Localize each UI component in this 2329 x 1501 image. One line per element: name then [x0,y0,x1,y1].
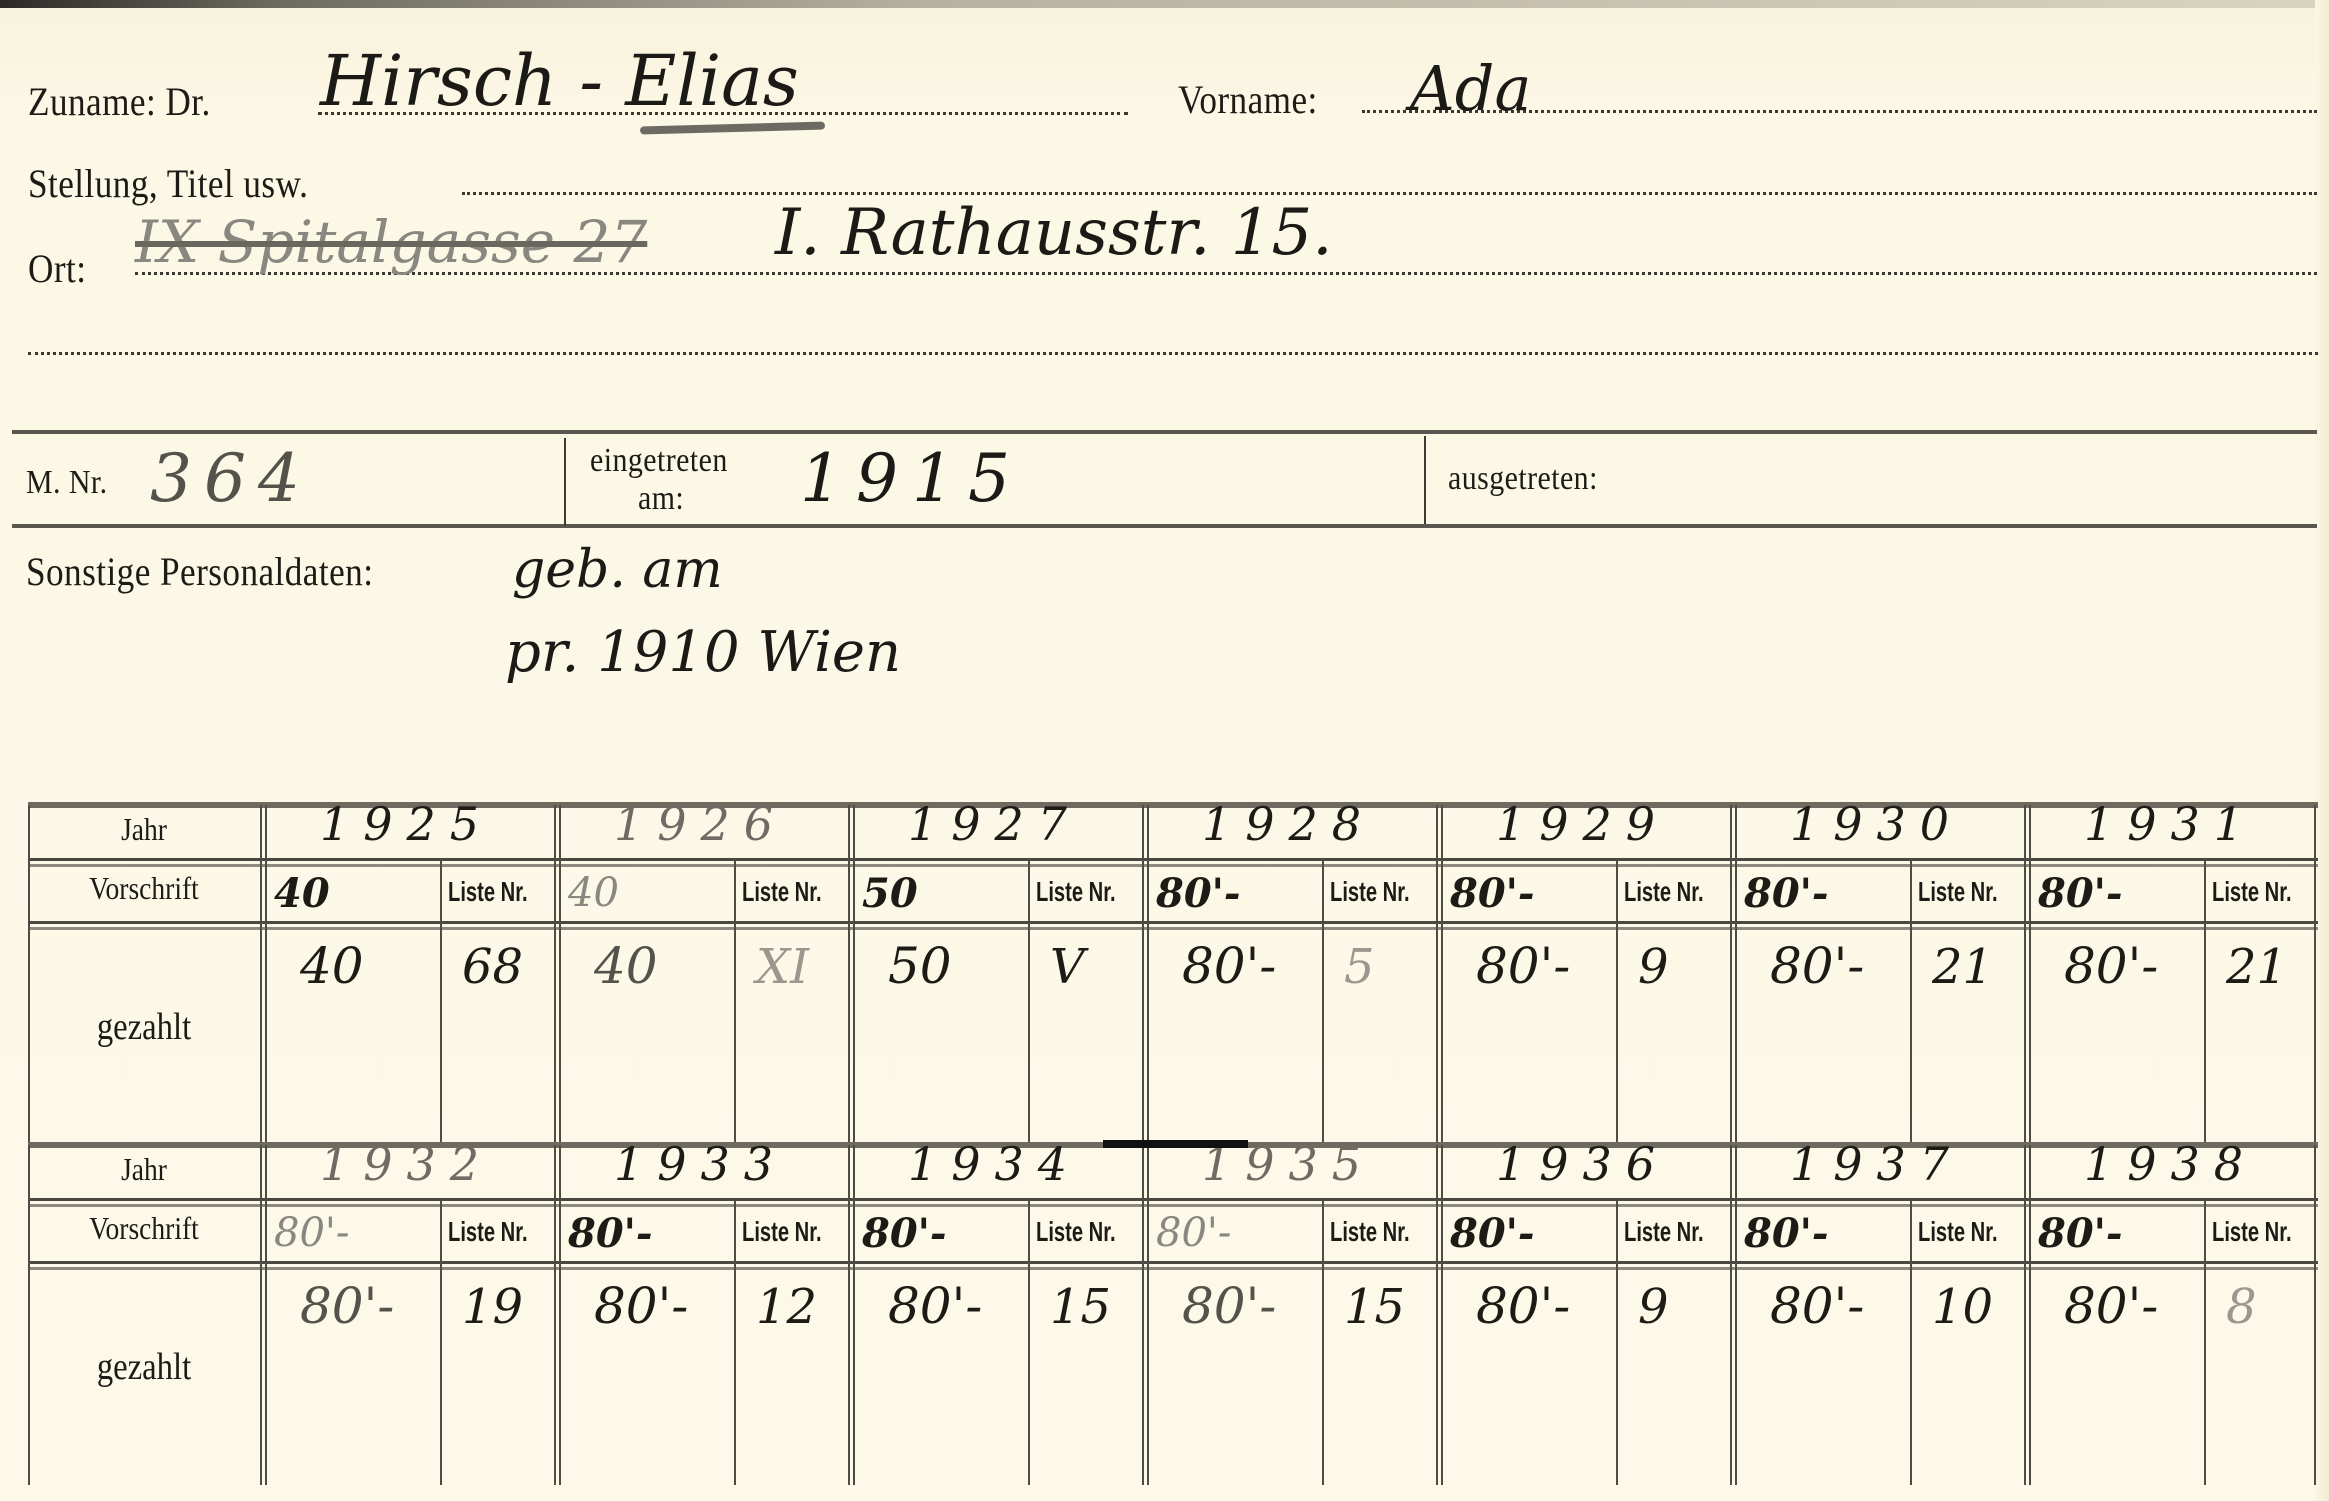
block-2-left-border [28,1145,30,1485]
block-2-jahr-rule [28,1198,2318,1201]
personal-data-label: Sonstige Personaldaten: [26,548,373,595]
table-right-border [2314,1145,2316,1485]
liste-divider [440,860,442,1145]
liste-divider [1910,1200,1912,1485]
stellung-dotted-line [462,192,2317,195]
year-divider [848,805,850,1145]
liste-nr-label: Liste Nr. [742,1216,822,1248]
year-1926: 1926 [614,797,787,851]
liste-nr-label: Liste Nr. [1624,876,1704,908]
year-divider [1436,805,1438,1145]
ort-label: Ort: [28,245,86,292]
liste-nr-label: Liste Nr. [1918,876,1998,908]
gezahlt-1930: 80'- [1770,937,1864,995]
liste-nr-label: Liste Nr. [1036,1216,1116,1248]
year-divider [1142,805,1144,1145]
separator-accent-mark [1103,1140,1248,1148]
year-1928: 1928 [1202,797,1375,851]
liste-nr-1925: 68 [462,939,523,995]
block-1-jahr-rule [28,858,2318,861]
gezahlt-1927: 50 [888,937,952,995]
year-divider [1436,1145,1438,1485]
vorschrift-1935: 80'- [1156,1210,1231,1256]
gezahlt-1937: 80'- [1770,1277,1864,1335]
vorschrift-1928: 80'- [1156,870,1241,917]
year-1932: 1932 [320,1137,493,1191]
year-1930: 1930 [1790,797,1963,851]
liste-nr-label: Liste Nr. [1624,1216,1704,1248]
row-label-gezahlt: gezahlt [44,1345,244,1389]
membership-divider-2 [1424,436,1426,524]
vorschrift-1929: 80'- [1450,870,1535,917]
liste-divider [1322,1200,1324,1485]
vorschrift-1937: 80'- [1744,1210,1829,1257]
liste-nr-1933: 12 [756,1279,817,1335]
year-1936: 1936 [1496,1137,1669,1191]
year-divider [1142,1145,1144,1485]
block-2-vorschrift-rule [28,1261,2318,1264]
block-1-left-border [28,805,30,1145]
gezahlt-1934: 80'- [888,1277,982,1335]
gezahlt-1936: 80'- [1476,1277,1570,1335]
scan-edge-shadow [0,0,2329,8]
gezahlt-1928: 80'- [1182,937,1276,995]
blank-dotted-line [28,352,2318,355]
liste-nr-label: Liste Nr. [1918,1216,1998,1248]
liste-nr-1930: 21 [1932,939,1993,995]
gezahlt-1931: 80'- [2064,937,2158,995]
ort-old-value-struck: IX Spitalgasse 27 [135,208,647,276]
gezahlt-1926: 40 [594,937,658,995]
liste-nr-1938: 8 [2226,1279,2257,1335]
liste-nr-1931: 21 [2226,939,2287,995]
liste-nr-1932: 19 [462,1279,523,1335]
gezahlt-1932: 80'- [300,1277,394,1335]
gezahlt-1938: 80'- [2064,1277,2158,1335]
ort-value: I. Rathausstr. 15. [775,196,1333,270]
liste-nr-1934: 15 [1050,1279,1111,1335]
membership-divider-1 [564,438,566,526]
liste-nr-1936: 9 [1638,1279,1669,1335]
year-divider [848,1145,850,1485]
year-1929: 1929 [1496,797,1669,851]
year-1925: 1925 [320,797,493,851]
membership-record-card: Zuname: Dr. Hirsch - Elias Vorname: Ada … [0,0,2329,1501]
liste-divider [1616,1200,1618,1485]
liste-divider [1616,860,1618,1145]
liste-divider [1028,860,1030,1145]
gezahlt-1935: 80'- [1182,1277,1276,1335]
membership-top-rule [12,430,2317,434]
row-label-jahr: Jahr [44,1151,244,1188]
vorschrift-1938: 80'- [2038,1210,2123,1257]
zuname-underline [640,122,825,135]
liste-divider [1910,860,1912,1145]
gezahlt-1925: 40 [300,937,364,995]
vorname-label: Vorname: [1178,76,1318,123]
year-1931: 1931 [2084,797,2257,851]
liste-divider [734,860,736,1145]
vorschrift-1930: 80'- [1744,870,1829,917]
year-1938: 1938 [2084,1137,2257,1191]
year-divider [1730,805,1732,1145]
row-label-vorschrift: Vorschrift [44,1210,244,1247]
liste-divider [1028,1200,1030,1485]
vorschrift-1926: 40 [568,870,619,916]
liste-nr-1937: 10 [1932,1279,1993,1335]
eingetreten-am-label: am: [638,480,684,518]
liste-nr-1935: 15 [1344,1279,1405,1335]
liste-divider [440,1200,442,1485]
mnr-label: M. Nr. [26,464,108,502]
liste-divider [1322,860,1324,1145]
ausgetreten-label: ausgetreten: [1448,460,1598,498]
payment-table: JahrVorschriftgezahlt192540Liste Nr.4068… [28,805,2318,1485]
liste-nr-1927: V [1050,939,1085,995]
liste-divider [2204,1200,2206,1485]
membership-bottom-rule [12,524,2317,528]
vorschrift-1933: 80'- [568,1210,653,1257]
liste-divider [734,1200,736,1485]
row-label-jahr: Jahr [44,811,244,848]
block-1-vorschrift-rule [28,921,2318,924]
mnr-value: 364 [150,440,312,517]
vorschrift-1927: 50 [862,870,918,917]
year-1937: 1937 [1790,1137,1963,1191]
personal-data-line-2: pr. 1910 Wien [505,620,901,685]
row-label-gezahlt: gezahlt [44,1005,244,1049]
liste-nr-label: Liste Nr. [1330,1216,1410,1248]
year-divider [554,1145,556,1485]
table-right-border [2314,805,2316,1145]
vorschrift-1931: 80'- [2038,870,2123,917]
year-1933: 1933 [614,1137,787,1191]
block-1-label-divider [260,805,262,1145]
zuname-label: Zuname: Dr. [28,78,211,125]
eingetreten-value: 1915 [800,440,1024,517]
liste-nr-1928: 5 [1344,939,1375,995]
liste-nr-1929: 9 [1638,939,1669,995]
year-1927: 1927 [908,797,1081,851]
liste-nr-1926: XI [756,939,809,995]
vorschrift-1932: 80'- [274,1210,349,1256]
liste-nr-label: Liste Nr. [742,876,822,908]
liste-divider [2204,860,2206,1145]
year-divider [2024,1145,2026,1485]
liste-nr-label: Liste Nr. [448,876,528,908]
personal-data-line-1: geb. am [512,540,723,600]
year-divider [554,805,556,1145]
gezahlt-1929: 80'- [1476,937,1570,995]
year-divider [2024,805,2026,1145]
year-1934: 1934 [908,1137,1081,1191]
block-2-label-divider [260,1145,262,1485]
vorschrift-1934: 80'- [862,1210,947,1257]
zuname-value: Hirsch - Elias [320,40,799,122]
eingetreten-label: eingetreten [590,442,728,480]
vorschrift-1936: 80'- [1450,1210,1535,1257]
liste-nr-label: Liste Nr. [1036,876,1116,908]
vorschrift-1925: 40 [274,870,330,917]
vorname-value: Ada [1410,52,1531,125]
liste-nr-label: Liste Nr. [1330,876,1410,908]
liste-nr-label: Liste Nr. [2212,1216,2292,1248]
liste-nr-label: Liste Nr. [2212,876,2292,908]
year-divider [1730,1145,1732,1485]
row-label-vorschrift: Vorschrift [44,870,244,907]
stellung-label: Stellung, Titel usw. [28,160,308,207]
gezahlt-1933: 80'- [594,1277,688,1335]
liste-nr-label: Liste Nr. [448,1216,528,1248]
